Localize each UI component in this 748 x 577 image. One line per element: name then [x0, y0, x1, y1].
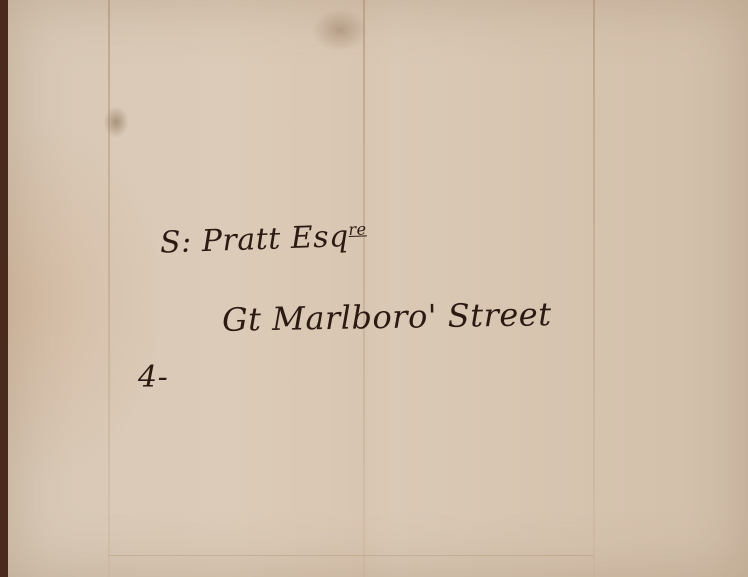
fold-crease-bottom [108, 555, 593, 556]
fold-crease-left [108, 0, 110, 577]
street-address: Gt Marlboro' Street [222, 295, 552, 339]
letter-paper [8, 0, 748, 577]
recipient-name: S: Pratt Esqre [159, 218, 367, 260]
recipient-suffix: re [348, 219, 367, 239]
postal-rate-mark: 4- [138, 360, 168, 395]
recipient-text: S: Pratt Esq [159, 219, 349, 261]
fold-crease-center [363, 0, 365, 577]
photo: S: Pratt Esqre Gt Marlboro' Street 4- [0, 0, 748, 577]
fold-crease-right [593, 0, 595, 577]
